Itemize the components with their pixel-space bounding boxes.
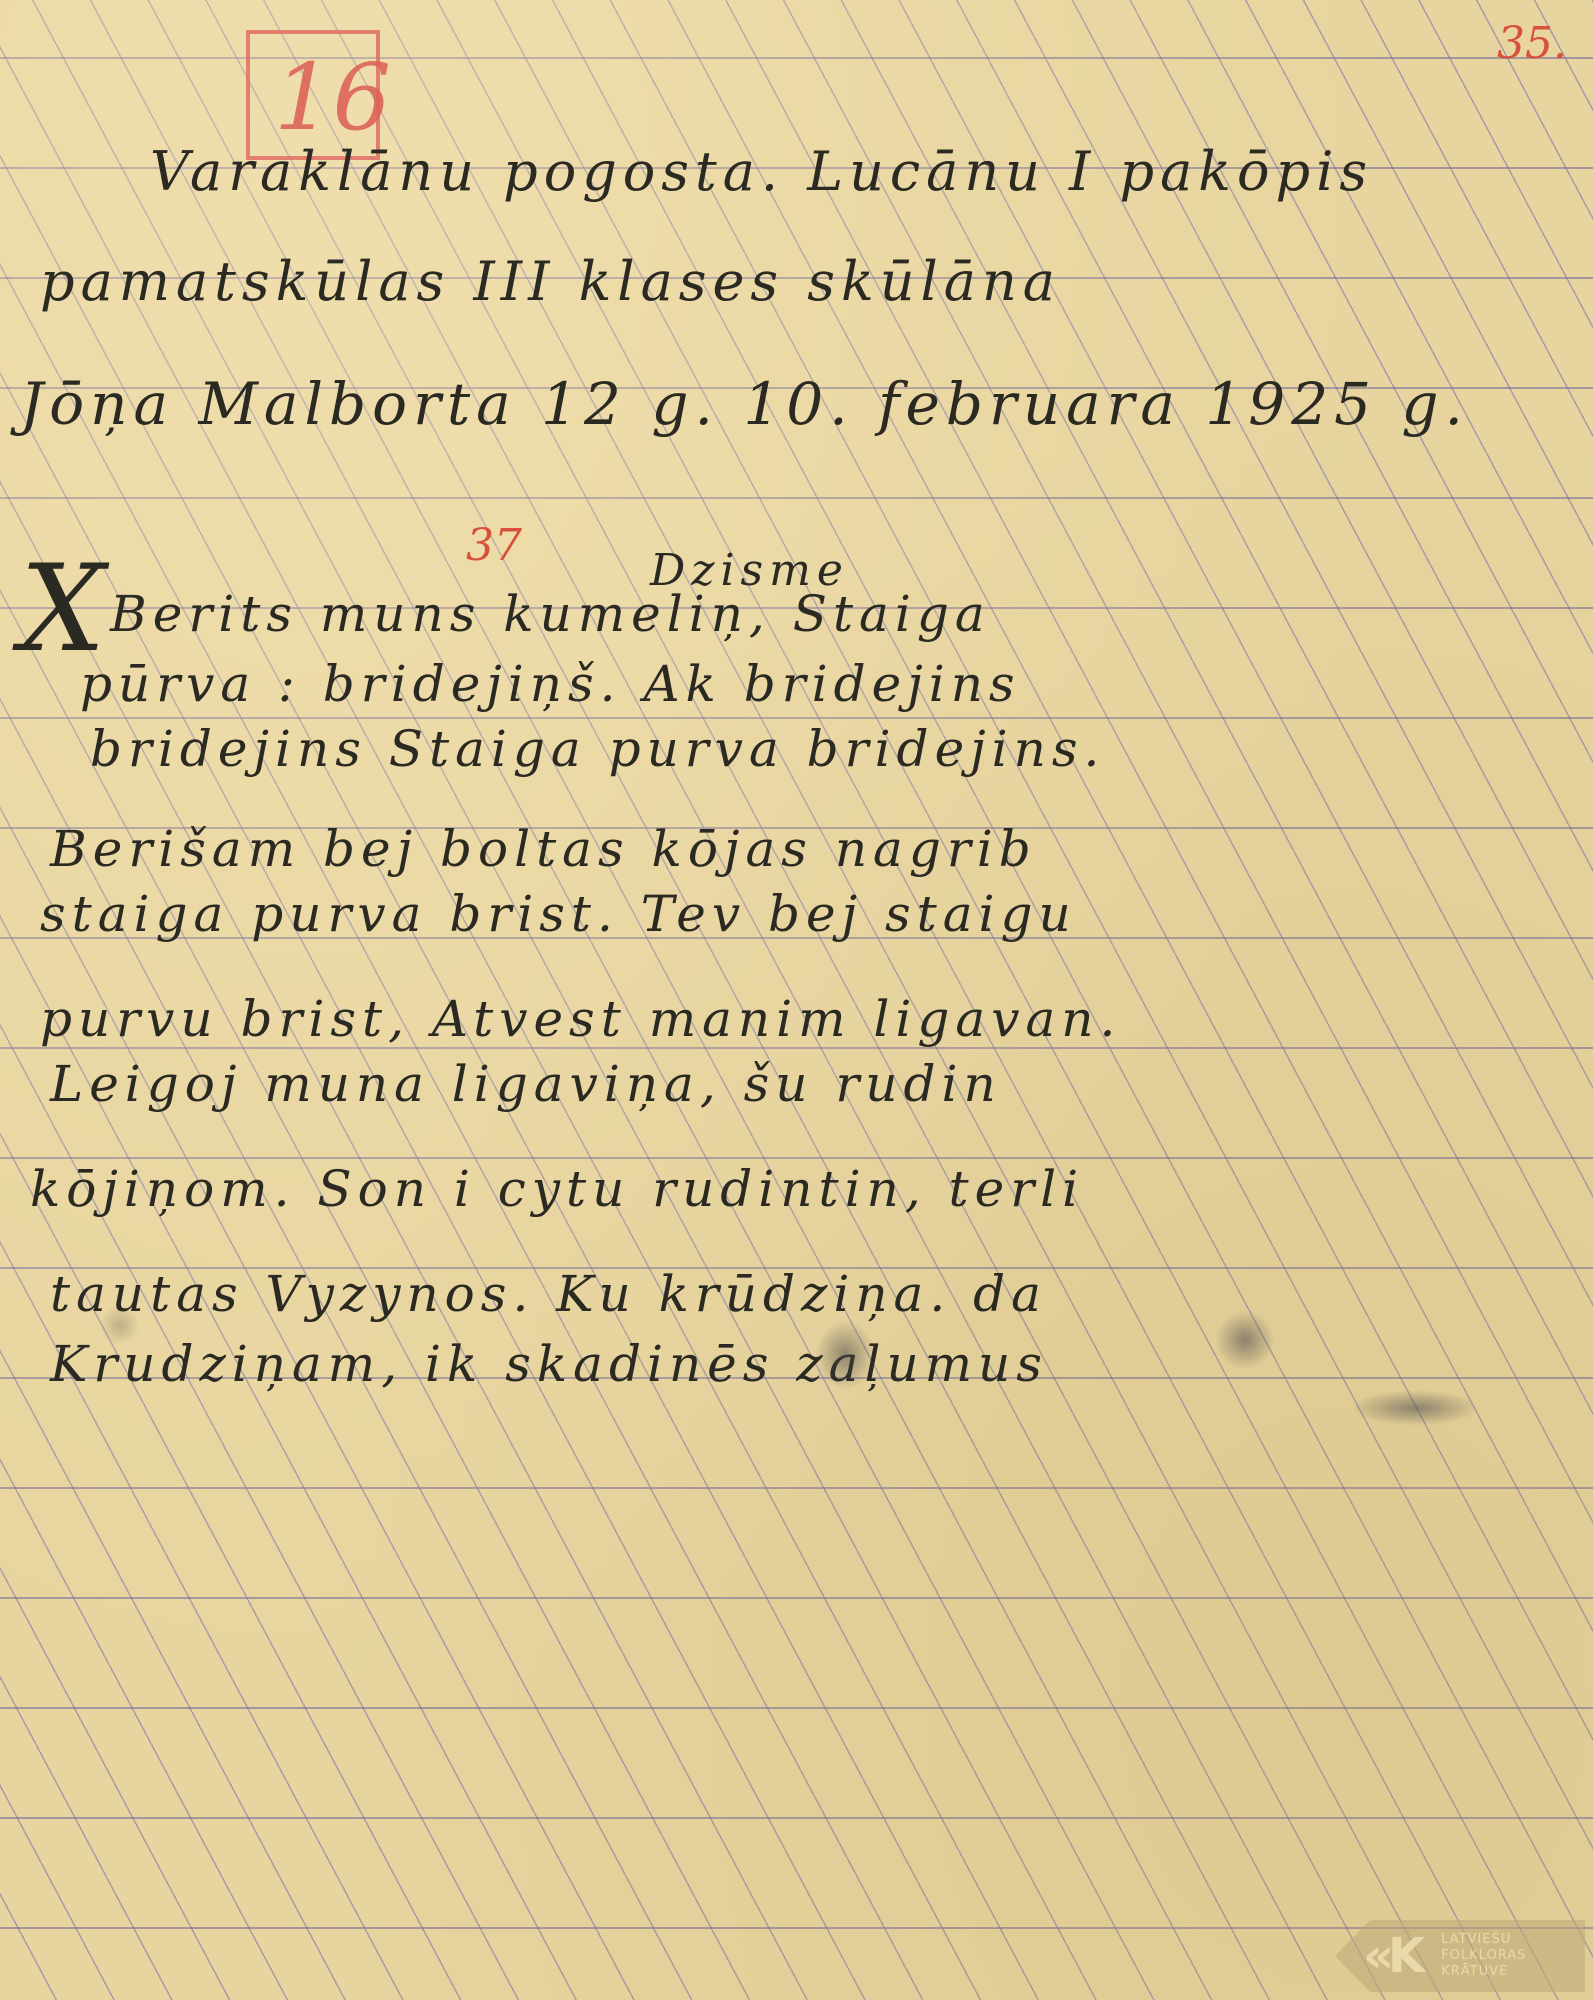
item-number: 37 [466,520,522,571]
header-line-1: Varaklānu pogostа. Lucānu I pakōpis [150,140,1373,203]
body-line-9: tautas Vyzynos. Ku krūdziņa. da [50,1265,1047,1323]
archive-logo: «K LATVIEŠU FOLKLORAS KRĀTUVE [1335,1920,1585,1992]
body-line-5: staiga purva brist. Tev bej staigu [40,885,1077,943]
ink-blot [815,1320,875,1390]
body-line-10: Krudziņam, ik skadinēs zaļumus [50,1335,1048,1393]
body-line-2: pūrva : bridejiņš. Ak bridejins [80,655,1021,713]
archive-logo-text: LATVIEŠU FOLKLORAS KRĀTUVE [1441,1932,1526,1980]
body-line-6: purvu brist, Atvest manim ligavan. [40,990,1121,1048]
record-number: 16 [274,44,391,151]
ink-blot [1215,1310,1275,1370]
header-line-2: pamatskūlas III klases skūlāna [40,250,1061,313]
body-line-8: kōjiņom. Son i cytu rudintin, terli [30,1160,1084,1218]
logo-line-3: KRĀTUVE [1441,1964,1526,1980]
page-number: 35. [1497,18,1567,69]
header-line-3: Jōņa Malborta 12 g. 10. februara 1925 g. [20,370,1469,438]
body-line-4: Berišam bej boltas kōjas nagrib [50,820,1037,878]
archive-logo-mark: «K [1363,1928,1419,1984]
ink-smear [1350,1390,1480,1426]
body-line-7: Leigoj muna ligaviņa, šu rudin [50,1055,1002,1113]
ink-spot [100,1305,140,1345]
body-line-1: Berits muns kumeliņ, Staiga [110,585,991,643]
body-line-3: bridejins Staiga purva bridejins. [90,720,1105,778]
logo-line-2: FOLKLORAS [1441,1948,1526,1964]
logo-line-1: LATVIEŠU [1441,1932,1526,1948]
